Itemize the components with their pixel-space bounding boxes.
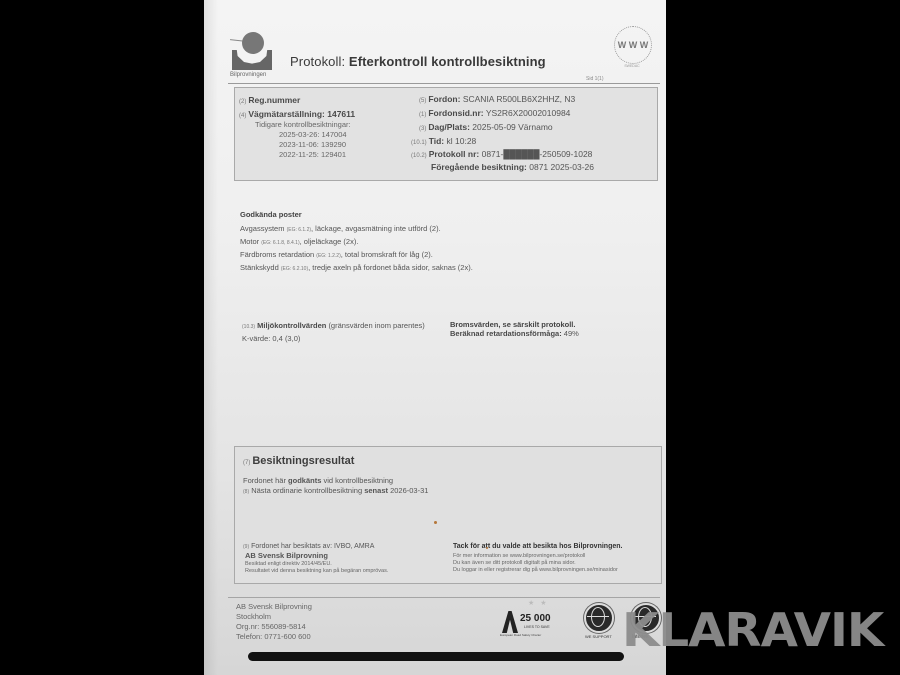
home-indicator-bar[interactable] [248,652,624,661]
swedac-label: SWEDAC [610,64,654,68]
info-link-my-pages[interactable]: Du loggar in eller registrerar dig på ww… [453,566,618,574]
approved-item: Avgassystem (EG: 6.1.2), läckage, avgasm… [240,224,441,233]
road-safety-charter-badge: ★ ★ 25 000 LIVES TO SAVE European Road S… [500,605,560,639]
divider [228,83,660,84]
stars-icon: ★ ★ [528,599,549,607]
global-compact-globe-icon [584,603,614,633]
thank-you-message: Tack för att du valde att besikta hos Bi… [453,543,622,550]
company-name: AB Svensk Bilprovning [245,551,328,560]
environment-values-heading: (10.3) Miljökontrollvärden (gränsvärden … [242,321,425,330]
odometer-field: (4)Vägmätarställning: 147611 [239,109,355,119]
page-number: Sid 1(1) [586,76,604,82]
next-inspection: (8) Nästa ordinarie kontrollbesiktning s… [243,486,428,495]
time-field: (10.1)Tid: kl 10:28 [411,136,476,146]
global-compact-label: WE SUPPORT [585,634,612,639]
protocol-number-field: (10.2)Protokoll nr: 0871-██████-250509-1… [411,149,592,159]
swedac-accreditation-seal-icon: W W W [614,26,652,64]
previous-inspection-field: Föregående besiktning: 0871 2025-03-26 [431,162,594,172]
retardation-value: Beräknad retardationsförmåga: 49% [450,329,579,338]
previous-inspections-label: Tidigare kontrollbesiktningar: [255,120,351,129]
inspection-result-box: (7)Besiktningsresultat Fordonet här godk… [234,446,662,584]
inspection-protocol-page: Bilprovningen Protokoll: Efterkontroll k… [204,0,666,675]
appeal-note: Resultatet vid denna besiktning kan på b… [245,567,388,575]
divider [228,597,660,598]
road-icon [502,611,518,633]
approved-item: Stänkskydd (EG: 6.2.10), tredje axeln på… [240,263,473,272]
company-address: AB Svensk Bilprovning Stockholm Org.nr: … [236,602,312,642]
document-title: Protokoll: Efterkontroll kontrollbesiktn… [290,54,546,69]
vehicle-info-box: (2)Reg.nummer (4)Vägmätarställning: 1476… [234,87,658,181]
bilprovningen-logo: Bilprovningen [230,28,272,76]
brand-name: Bilprovningen [230,72,266,78]
previous-inspection-row: 2025-03-26: 147004 [279,130,347,139]
approved-item: Motor (EG: 6.1.8, 8.4.1), oljeläckage (2… [240,237,358,246]
previous-inspection-row: 2022-11-25: 129401 [279,150,346,159]
brake-values-heading: Bromsvärden, se särskilt protokoll. [450,320,575,329]
previous-inspection-row: 2023-11-06: 139290 [279,140,346,149]
approved-items-heading: Godkända poster [240,210,302,219]
vin-field: (1)Fordonsid.nr: YS2R6X20002010984 [419,108,570,118]
reg-number-field: (2)Reg.nummer [239,95,300,105]
date-place-field: (3)Dag/Plats: 2025-05-09 Värnamo [419,122,553,132]
klaravik-watermark: KLARAVIK [622,603,883,657]
vehicle-field: (5)Fordon: SCANIA R500LB6X2HHZ, N3 [419,94,575,104]
result-title: (7)Besiktningsresultat [243,455,354,467]
result-status: Fordonet här godkänts vid kontrollbesikt… [243,476,393,485]
k-value: K-värde: 0,4 (3,0) [242,334,300,343]
approved-item: Färdbroms retardation (EG: 1.2.2), total… [240,250,433,259]
inspected-by: (9) Fordonet har besiktats av: IVBO, AMR… [243,543,374,550]
